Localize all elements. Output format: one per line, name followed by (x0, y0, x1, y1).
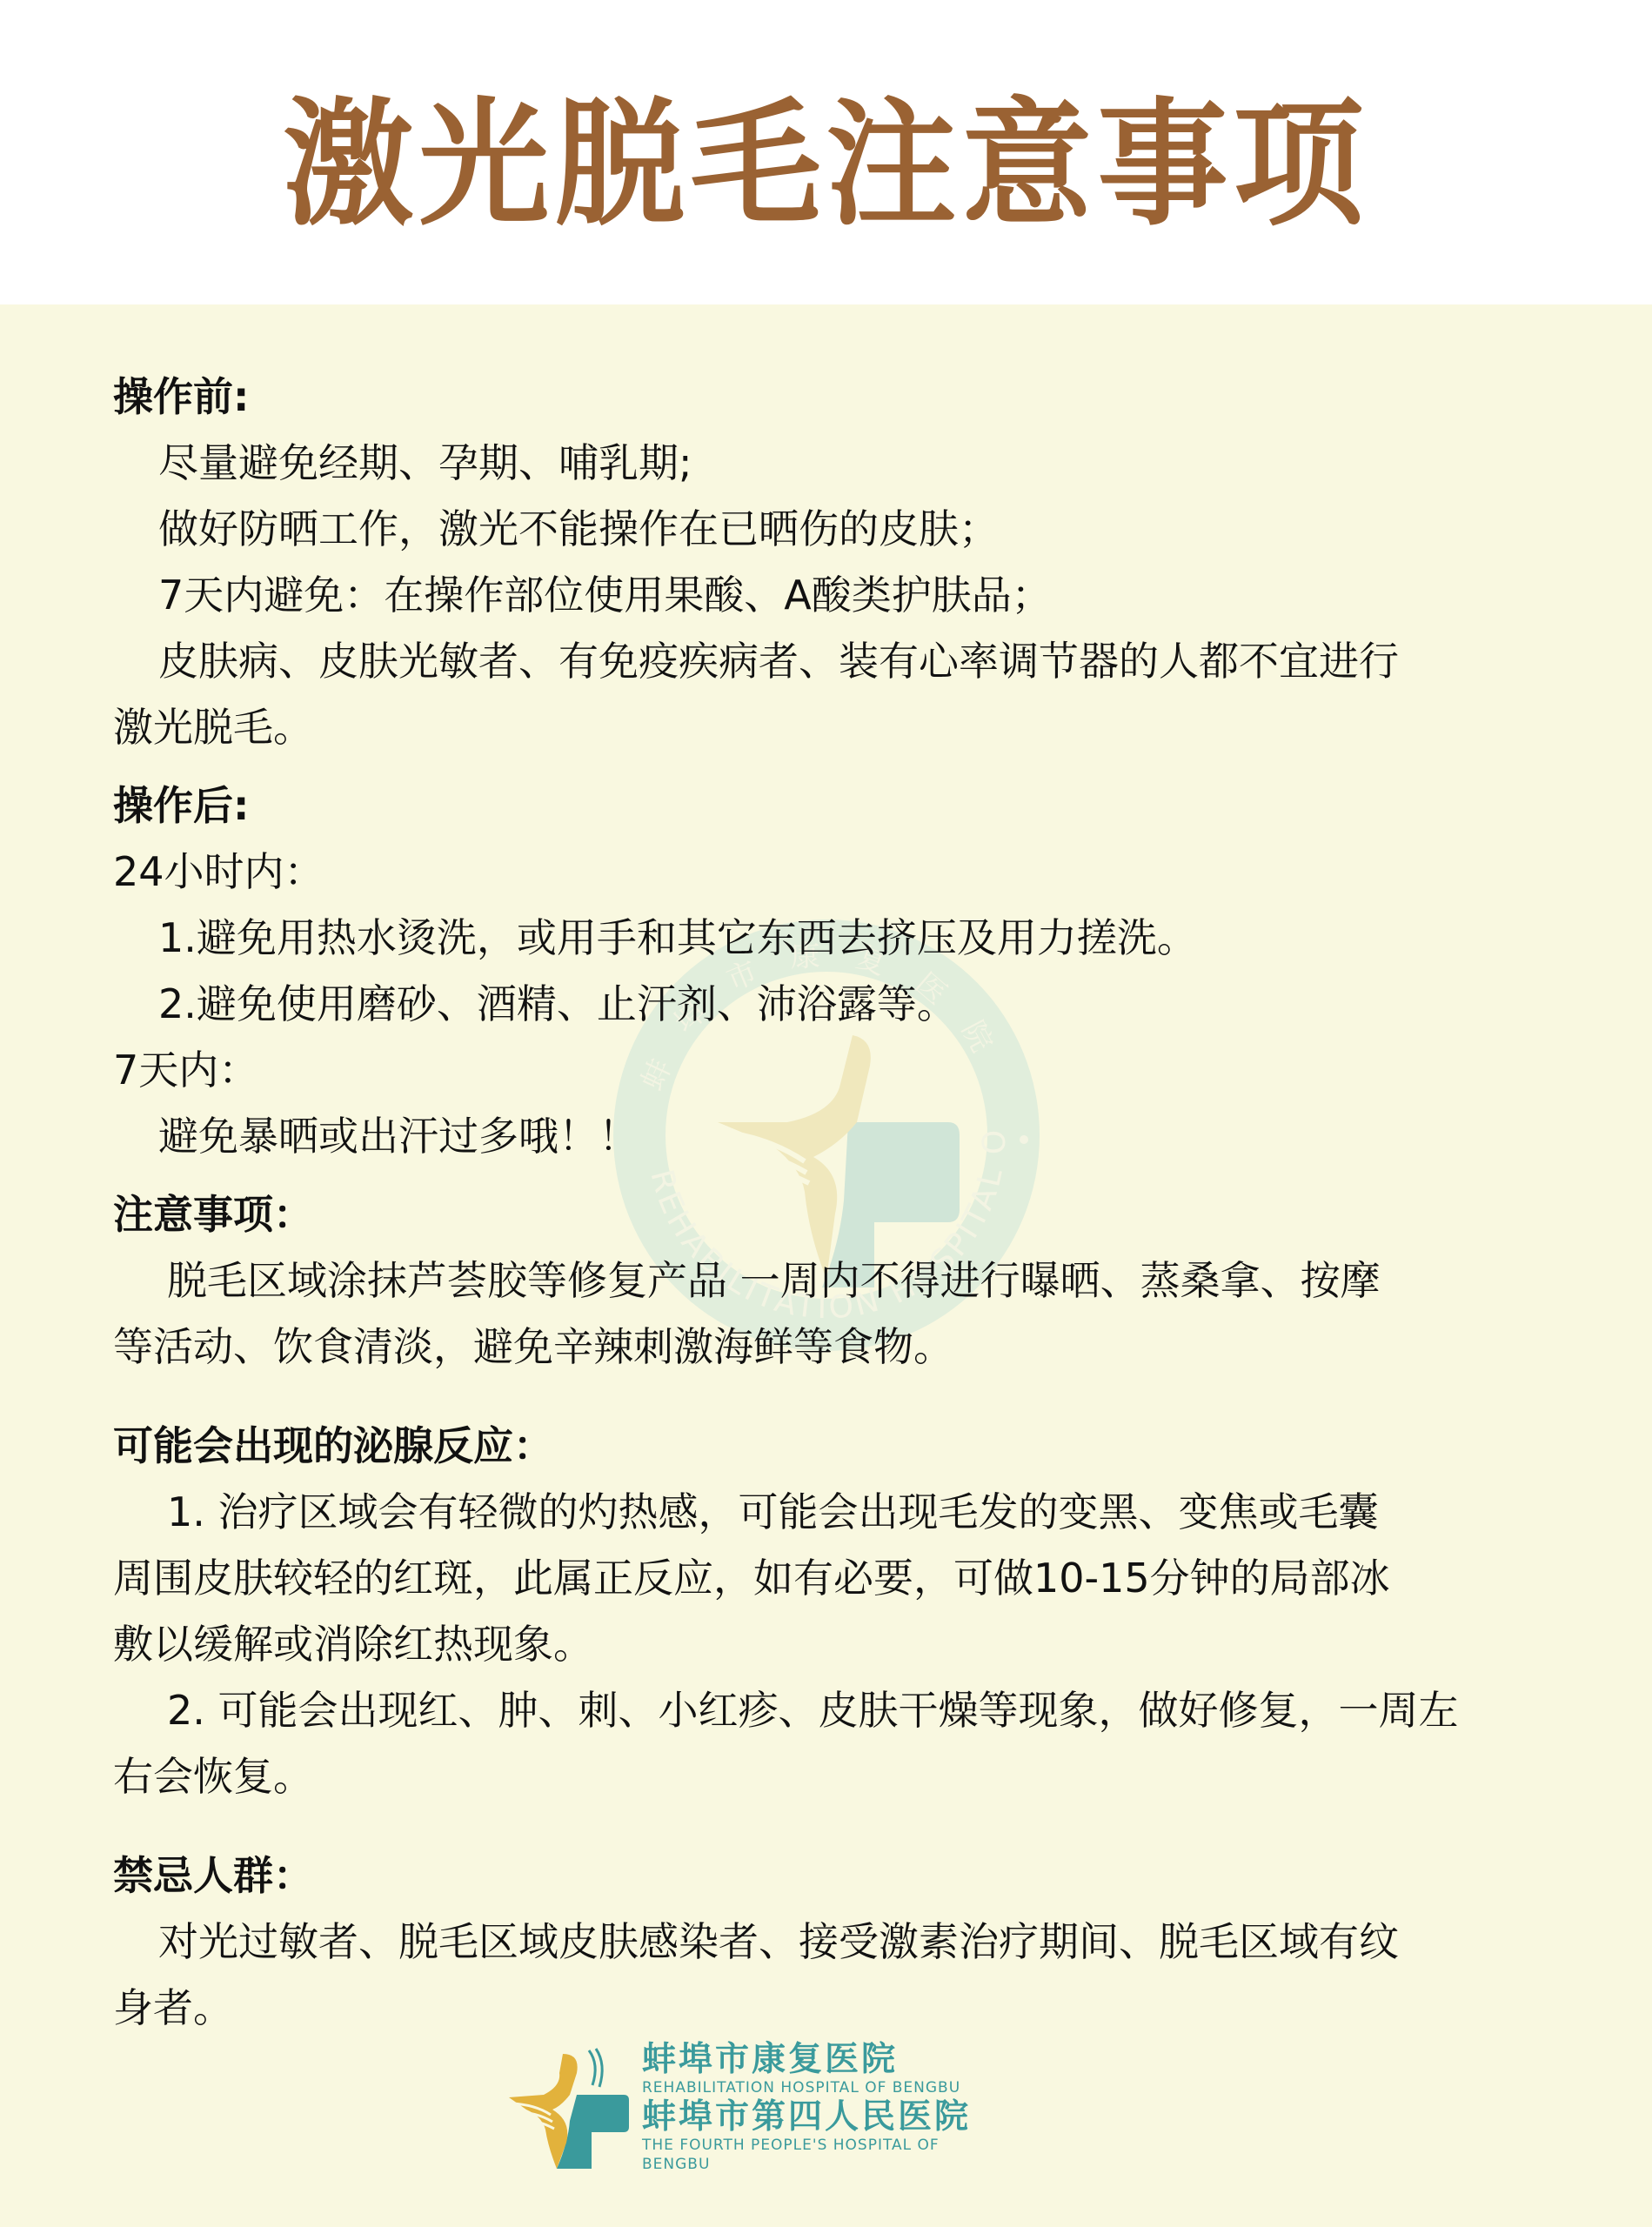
text-line: 皮肤病、皮肤光敏者、有免疫疾病者、装有心率调节器的人都不宜进行 (113, 628, 1548, 694)
footer-text: 蚌埠市康复医院 REHABILITATION HOSPITAL OF BENGB… (642, 2040, 996, 2174)
list-item: 1.避免用热水烫洗，或用手和其它东西去挤压及用力搓洗。 (113, 905, 1548, 971)
content: 操作前: 尽量避免经期、孕期、哺乳期; 做好防晒工作，激光不能操作在已晒伤的皮肤… (113, 364, 1548, 2041)
section-heading-contraindications: 禁忌人群： (113, 1842, 1548, 1909)
text-line: 1. 治疗区域会有轻微的灼热感，可能会出现毛发的变黑、变焦或毛囊 (113, 1479, 1548, 1545)
text-line: 尽量避免经期、孕期、哺乳期; (113, 430, 1548, 496)
hospital-name-en: REHABILITATION HOSPITAL OF BENGBU (642, 2078, 996, 2097)
list-item: 2.避免使用磨砂、酒精、止汗剂、沛浴露等。 (113, 971, 1548, 1037)
hospital-name-en-2: THE FOURTH PEOPLE'S HOSPITAL OF BENGBU (642, 2136, 996, 2174)
hospital-cross-logo-icon (509, 2047, 631, 2169)
section-heading-after: 操作后: (113, 772, 1548, 839)
text-line: 敷以缓解或消除红热现象。 (113, 1611, 1548, 1677)
text-line: 2. 可能会出现红、肿、刺、小红疹、皮肤干燥等现象，做好修复，一周左 (113, 1677, 1548, 1743)
text-line: 右会恢复。 (113, 1743, 1548, 1809)
section-heading-notes: 注意事项： (113, 1181, 1548, 1247)
text-line: 激光脱毛。 (113, 694, 1548, 760)
text-line: 周围皮肤较轻的红斑，此属正反应，如有必要，可做10-15分钟的局部冰 (113, 1545, 1548, 1611)
header: 激光脱毛注意事项 (0, 0, 1652, 304)
text-line: 身者。 (113, 1975, 1548, 2041)
sub-heading-7d: 7天内： (113, 1037, 1548, 1103)
page-title: 激光脱毛注意事项 (0, 84, 1652, 248)
text-line: 做好防晒工作，激光不能操作在已晒伤的皮肤； (113, 496, 1548, 562)
section-heading-reactions: 可能会出现的泌腺反应： (113, 1413, 1548, 1479)
sub-heading-24h: 24小时内： (113, 839, 1548, 905)
list-item: 避免暴晒或出汗过多哦！！ (113, 1103, 1548, 1169)
text-line: 脱毛区域涂抹芦荟胶等修复产品 一周内不得进行曝晒、蒸桑拿、按摩 (113, 1247, 1548, 1314)
hospital-name-cn: 蚌埠市康复医院 (642, 2040, 996, 2078)
text-line: 7天内避免：在操作部位使用果酸、A酸类护肤品； (113, 562, 1548, 628)
text-line: 等活动、饮食清淡，避免辛辣刺激海鲜等食物。 (113, 1314, 1548, 1380)
footer-brand: 蚌埠市康复医院 REHABILITATION HOSPITAL OF BENGB… (509, 2040, 996, 2170)
section-heading-before: 操作前: (113, 364, 1548, 430)
hospital-name-cn-2: 蚌埠市第四人民医院 (642, 2097, 996, 2136)
text-line: 对光过敏者、脱毛区域皮肤感染者、接受激素治疗期间、脱毛区域有纹 (113, 1909, 1548, 1975)
